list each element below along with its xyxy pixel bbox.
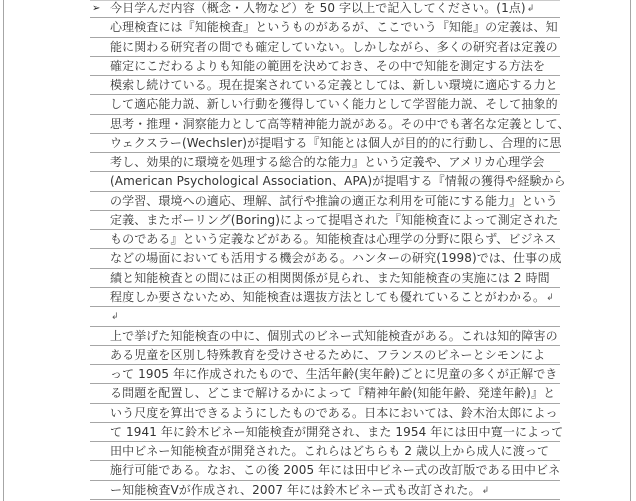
document-page: ➢今日学んだ内容（概念・人物など）を 50 字以上で記入してください。(1点)↲… bbox=[0, 0, 636, 501]
document-line[interactable]: 心理検査には『知能検査』というものがあるが、ここでいう『知能』の定義は、知 bbox=[90, 18, 560, 37]
document-line[interactable]: 田中ビネー知能検査が開発された。これらはどちらも 2 歳以上から成人に渡って bbox=[90, 442, 560, 461]
document-line[interactable]: ↲ bbox=[90, 307, 560, 326]
line-text: の学習、環境への適応、理解、試行や推論の適正な利用を可能にする能力』という bbox=[110, 194, 558, 208]
document-line[interactable]: 能に関わる研究者の間でも確定していない。しかしながら、多くの研究者は定義の bbox=[90, 38, 560, 57]
document-line[interactable]: などの場面においても活用する機会がある。ハンターの研究(1998)では、仕事の成 bbox=[90, 249, 560, 268]
document-line[interactable]: いう尺度を算出できるようにしたものである。日本においては、鈴木治太郎によっ bbox=[90, 404, 560, 423]
document-line[interactable]: ある児童を区別し特殊教育を受けさせるために、フランスのビネーとシモンによ bbox=[90, 346, 560, 365]
document-line[interactable]: して適応能力説、新しい行動を獲得していく能力として学習能力説、そして抽象的 bbox=[90, 95, 560, 114]
document-line[interactable]: 程度しか要さないため、知能検査は選抜方法としても優れていることがわかる。↲ bbox=[90, 288, 560, 307]
paragraph-mark-icon: ↲ bbox=[111, 308, 119, 326]
line-text: 模索し続けている。現在提案されている定義としては、新しい環境に適応する力と bbox=[110, 78, 558, 92]
line-text: 施行可能である。なお、この後 2005 年には田中ビネー式の改訂版である田中ビネ bbox=[110, 463, 560, 477]
document-body: ➢今日学んだ内容（概念・人物など）を 50 字以上で記入してください。(1点)↲… bbox=[90, 0, 560, 500]
document-line[interactable]: 確定にこだわるよりも知能の範囲を決めておき、その中で知能を測定する方法を bbox=[90, 57, 560, 76]
paragraph-mark-icon: ↲ bbox=[546, 289, 554, 307]
line-text: って 1905 年に作成されたもので、生活年齢(実年齢)ごとに児童の多くが正解で… bbox=[110, 367, 557, 381]
document-line[interactable]: ウェクスラー(Wechsler)が提唱する『知能とは個人が目的的に行動し、合理的… bbox=[90, 134, 560, 153]
document-line[interactable]: て 1941 年に鈴木ビネー知能検査が開発され、また 1954 年には田中寛一に… bbox=[90, 423, 560, 442]
prompt-arrow-icon: ➢ bbox=[92, 0, 100, 17]
document-line[interactable]: 上で挙げた知能検査の中に、個別式のビネー式知能検査がある。これは知的障害の bbox=[90, 327, 560, 346]
line-text: 確定にこだわるよりも知能の範囲を決めておき、その中で知能を測定する方法を bbox=[110, 59, 545, 73]
line-text: ウェクスラー(Wechsler)が提唱する『知能とは個人が目的的に行動し、合理的… bbox=[110, 136, 562, 150]
line-text: ー知能検査Ⅴが作成され、2007 年には鈴木ビネー式も改訂された。 bbox=[110, 483, 481, 497]
document-line[interactable]: ものである』という定義などがある。知能検査は心理学の分野に限らず、ビジネス bbox=[90, 230, 560, 249]
document-line[interactable]: 思考・推理・洞察能力として高等精神能力説がある。その中でも著名な定義として、 bbox=[90, 115, 560, 134]
page-text-boundary-right bbox=[630, 0, 631, 501]
document-line[interactable]: ➢今日学んだ内容（概念・人物など）を 50 字以上で記入してください。(1点)↲ bbox=[90, 0, 560, 18]
line-text: 定義、またボーリング(Boring)によって提唱された『知能検査によって測定され… bbox=[110, 213, 558, 227]
line-text: いう尺度を算出できるようにしたものである。日本においては、鈴木治太郎によっ bbox=[110, 406, 558, 420]
document-line[interactable]: る問題を配置し、どこまで解けるかによって『精神年齢(知能年齢、発達年齢)』と bbox=[90, 384, 560, 403]
document-line[interactable]: 考し、効果的に環境を処理する総合的な能力』という定義や、アメリカ心理学会 bbox=[90, 153, 560, 172]
line-text: て 1941 年に鈴木ビネー知能検査が開発され、また 1954 年には田中寛一に… bbox=[110, 425, 563, 439]
line-text: 心理検査には『知能検査』というものがあるが、ここでいう『知能』の定義は、知 bbox=[110, 20, 558, 34]
document-line[interactable]: 定義、またボーリング(Boring)によって提唱された『知能検査によって測定され… bbox=[90, 211, 560, 230]
line-text: などの場面においても活用する機会がある。ハンターの研究(1998)では、仕事の成 bbox=[110, 251, 561, 265]
line-text: 上で挙げた知能検査の中に、個別式のビネー式知能検査がある。これは知的障害の bbox=[110, 329, 558, 343]
line-text: して適応能力説、新しい行動を獲得していく能力として学習能力説、そして抽象的 bbox=[110, 97, 558, 111]
document-line[interactable]: の学習、環境への適応、理解、試行や推論の適正な利用を可能にする能力』という bbox=[90, 192, 560, 211]
document-line[interactable]: 施行可能である。なお、この後 2005 年には田中ビネー式の改訂版である田中ビネ bbox=[90, 461, 560, 480]
paragraph-mark-icon: ↲ bbox=[482, 482, 490, 500]
line-text: 考し、効果的に環境を処理する総合的な能力』という定義や、アメリカ心理学会 bbox=[110, 155, 545, 169]
line-text: ものである』という定義などがある。知能検査は心理学の分野に限らず、ビジネス bbox=[110, 232, 556, 246]
paragraph-mark-icon: ↲ bbox=[527, 0, 535, 18]
page-text-boundary-left bbox=[3, 0, 4, 501]
document-line[interactable]: (American Psychological Association、APA)… bbox=[90, 172, 560, 191]
line-text: 田中ビネー知能検査が開発された。これらはどちらも 2 歳以上から成人に渡って bbox=[110, 444, 549, 458]
line-text: ある児童を区別し特殊教育を受けさせるために、フランスのビネーとシモンによ bbox=[110, 348, 545, 362]
document-line[interactable]: って 1905 年に作成されたもので、生活年齢(実年齢)ごとに児童の多くが正解で… bbox=[90, 365, 560, 384]
line-text: る問題を配置し、どこまで解けるかによって『精神年齢(知能年齢、発達年齢)』と bbox=[110, 386, 555, 400]
line-text: 思考・推理・洞察能力として高等精神能力説がある。その中でも著名な定義として、 bbox=[110, 117, 570, 131]
line-text: 能に関わる研究者の間でも確定していない。しかしながら、多くの研究者は定義の bbox=[110, 40, 558, 54]
document-line[interactable]: 績と知能検査との間には正の相関関係が見られ、また知能検査の実施には 2 時間 bbox=[90, 269, 560, 288]
line-text: 程度しか要さないため、知能検査は選抜方法としても優れていることがわかる。 bbox=[110, 290, 545, 304]
line-text: 績と知能検査との間には正の相関関係が見られ、また知能検査の実施には 2 時間 bbox=[110, 271, 550, 285]
line-text: 今日学んだ内容（概念・人物など）を 50 字以上で記入してください。(1点) bbox=[110, 1, 526, 15]
document-line[interactable]: 模索し続けている。現在提案されている定義としては、新しい環境に適応する力と bbox=[90, 76, 560, 95]
line-text: (American Psychological Association、APA)… bbox=[110, 174, 566, 188]
document-line[interactable]: ー知能検査Ⅴが作成され、2007 年には鈴木ビネー式も改訂された。↲ bbox=[90, 481, 560, 500]
